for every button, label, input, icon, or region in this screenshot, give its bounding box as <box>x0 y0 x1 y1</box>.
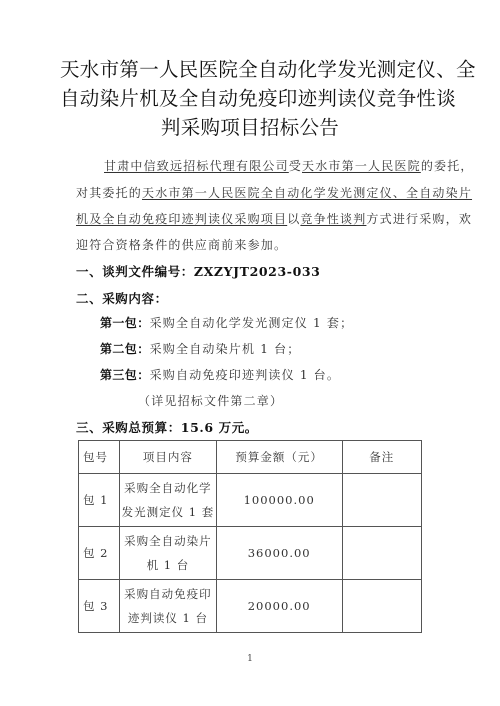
agency-name: 甘肃中信致远招标代理有限公司 <box>104 159 289 173</box>
cell-package-no: 包 3 <box>79 580 120 633</box>
title-line-3: 判采购项目招标公告 <box>60 113 440 142</box>
intro-text: 的委托， <box>421 159 474 173</box>
package-text: 采购全自动染片机 1 台； <box>150 342 301 356</box>
content-line: 迹判读仪 1 台 <box>120 606 216 630</box>
section-1-heading: 一、谈判文件编号：ZXZYJT2023-033 <box>76 262 320 280</box>
content-line: 采购全自动化学 <box>120 476 216 500</box>
intro-line-3: 机及全自动免疫印迹判读仪采购项目以竞争性谈判方式进行采购，欢 <box>76 210 472 227</box>
title-line-2: 自动染片机及全自动免疫印迹判读仪竞争性谈 <box>60 84 440 113</box>
cell-content: 采购自动免疫印 迹判读仪 1 台 <box>120 580 217 633</box>
cell-content: 采购全自动染片 机 1 台 <box>120 527 217 580</box>
project-name-part1: 天水市第一人民医院全自动化学发光测定仪、全自动染片 <box>142 186 472 200</box>
cell-package-no: 包 2 <box>79 527 120 580</box>
intro-line-2: 对其委托的天水市第一人民医院全自动化学发光测定仪、全自动染片 <box>76 184 472 201</box>
intro-line-4: 迎符合资格条件的供应商前来参加。 <box>76 236 287 253</box>
package-text: 采购自动免疫印迹判读仪 1 台。 <box>150 368 340 382</box>
package-item-3: 第三包：采购自动免疫印迹判读仪 1 台。 <box>100 366 340 383</box>
content-line: 发光测定仪 1 套 <box>120 500 216 524</box>
intro-line-1: 甘肃中信致远招标代理有限公司受天水市第一人民医院的委托， <box>104 157 474 174</box>
cell-remark <box>342 474 421 527</box>
content-line: 采购自动免疫印 <box>120 582 216 606</box>
cell-remark <box>342 580 421 633</box>
hospital-name: 天水市第一人民医院 <box>302 159 421 173</box>
content-line: 采购全自动染片 <box>120 529 216 553</box>
section-2-note: （详见招标文件第二章） <box>138 392 283 409</box>
header-remark: 备注 <box>342 441 421 474</box>
project-name-part2: 机及全自动免疫印迹判读仪采购项目 <box>76 212 287 226</box>
page-number: 1 <box>0 654 500 664</box>
procurement-method: 竞争性谈判 <box>300 212 366 226</box>
intro-text: 对其委托的 <box>76 186 142 200</box>
cell-package-no: 包 1 <box>79 474 120 527</box>
intro-text: 方式进行采购，欢 <box>366 212 472 226</box>
header-amount: 预算金额（元） <box>216 441 342 474</box>
table-row: 包 1 采购全自动化学 发光测定仪 1 套 100000.00 <box>79 474 422 527</box>
header-content: 项目内容 <box>120 441 217 474</box>
document-page: 天水市第一人民医院全自动化学发光测定仪、全 自动染片机及全自动免疫印迹判读仪竞争… <box>0 0 500 706</box>
header-package-no: 包号 <box>79 441 120 474</box>
cell-remark <box>342 527 421 580</box>
cell-amount: 20000.00 <box>216 580 342 633</box>
cell-content: 采购全自动化学 发光测定仪 1 套 <box>120 474 217 527</box>
package-label: 第一包： <box>100 316 150 330</box>
title-line-1: 天水市第一人民医院全自动化学发光测定仪、全 <box>60 55 440 84</box>
package-item-1: 第一包：采购全自动化学发光测定仪 1 套； <box>100 314 353 331</box>
package-text: 采购全自动化学发光测定仪 1 套； <box>150 316 354 330</box>
cell-amount: 36000.00 <box>216 527 342 580</box>
section-3-heading: 三、采购总预算：15.6 万元。 <box>76 418 258 436</box>
budget-table: 包号 项目内容 预算金额（元） 备注 包 1 采购全自动化学 发光测定仪 1 套… <box>78 440 422 633</box>
package-label: 第三包： <box>100 368 150 382</box>
intro-text: 以 <box>287 212 300 226</box>
document-title: 天水市第一人民医院全自动化学发光测定仪、全 自动染片机及全自动免疫印迹判读仪竞争… <box>60 55 440 142</box>
package-item-2: 第二包：采购全自动染片机 1 台； <box>100 340 300 357</box>
package-label: 第二包： <box>100 342 150 356</box>
table-row: 包 3 采购自动免疫印 迹判读仪 1 台 20000.00 <box>79 580 422 633</box>
intro-text: 受 <box>289 159 302 173</box>
cell-amount: 100000.00 <box>216 474 342 527</box>
table-header-row: 包号 项目内容 预算金额（元） 备注 <box>79 441 422 474</box>
section-2-heading: 二、采购内容： <box>76 289 168 307</box>
table-row: 包 2 采购全自动染片 机 1 台 36000.00 <box>79 527 422 580</box>
content-line: 机 1 台 <box>120 553 216 577</box>
